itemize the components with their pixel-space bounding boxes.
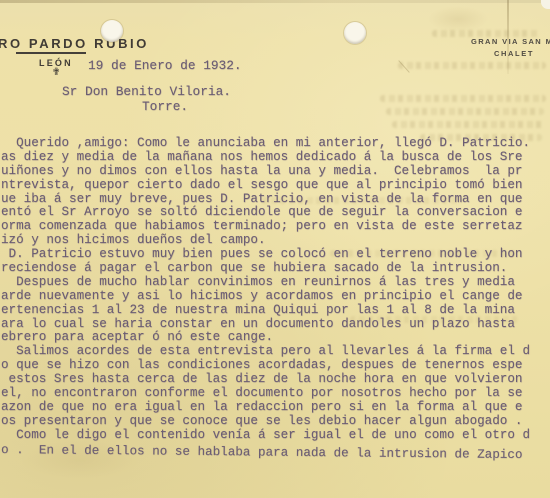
letterhead-rule [16,52,86,54]
bleed-through-text [398,62,546,69]
bleed-through-text [386,108,544,115]
typed-line: reciendose á pagar el carbon que se hubi… [1,262,550,276]
cross-emblem-icon: ✟ [52,67,60,78]
typed-line: el, no encontraron conforme el documento… [1,387,550,401]
punch-hole-left [101,20,123,42]
typed-line: ue iba á ser muy breve, pues D. Patricio… [1,193,550,207]
letterhead-address: GRAN VIA SAN MAR CHALET [471,37,550,58]
bleed-through-text [392,121,544,128]
recipient-name: Sr Don Benito Viloria. [62,84,231,99]
typed-line: o que se hizo con las condiciones acorda… [1,359,550,373]
typed-line: ebrero para aceptar ó nó este cange. [1,331,550,345]
typed-line: orma comenzada que habiamos terminado; p… [1,220,550,234]
typed-line: ertenencias 1 al 23 de nuestra mina Quiq… [1,304,550,318]
typed-line: izó y nos hicimos dueños del campo. [1,234,550,248]
typed-line: arde nuevamente y asi lo hicimos y acord… [1,290,550,304]
typed-line: entó el Sr Arroyo se soltó diciendole qu… [1,206,550,220]
letterhead-address-line1: GRAN VIA SAN MAR [471,37,550,46]
typed-line: Despues de mucho hablar convinimos en re… [1,276,550,290]
letterhead-name: DRO PARDO RUBIO [0,36,149,51]
typed-line: Salimos acordes de esta entrevista pero … [1,345,550,359]
typed-line: ntrevista, quepor cierto dado el sesgo q… [1,179,550,193]
typed-line: azon de que no era igual en la redaccion… [1,401,550,415]
typed-line: estos Sres hasta cerca de las diez de la… [1,373,550,387]
bleed-through-text [380,95,546,102]
typed-line: Querido ,amigo: Como le anunciaba en mi … [1,137,550,151]
bleed-through-text [432,30,540,37]
letter-date: 19 de Enero de 1932. [88,58,242,73]
recipient-location: Torre. [142,99,188,114]
letterhead-address-line2: CHALET [471,49,550,58]
scanned-letter: DRO PARDO RUBIO LEÓN ✟ GRAN VIA SAN MAR … [0,0,550,498]
typed-line: ara lo cual se haria constar en un docum… [1,318,550,332]
typed-line: uiñones y no dimos con ellos hasta la un… [1,165,550,179]
letter-body: Querido ,amigo: Como le anunciaba en mi … [1,137,550,457]
paper-stain [428,6,488,32]
typed-line: os presentaron y que se conoce que se le… [1,415,550,429]
punch-hole-right [344,22,366,44]
typed-line: Como le digo el contenido venía á ser ig… [1,429,550,443]
typed-line: as diez y media de la mañana nos hemos d… [1,151,550,165]
scan-corner-artifact [541,0,550,9]
typed-line: D. Patricio estuvo muy bien pues se colo… [1,248,550,262]
